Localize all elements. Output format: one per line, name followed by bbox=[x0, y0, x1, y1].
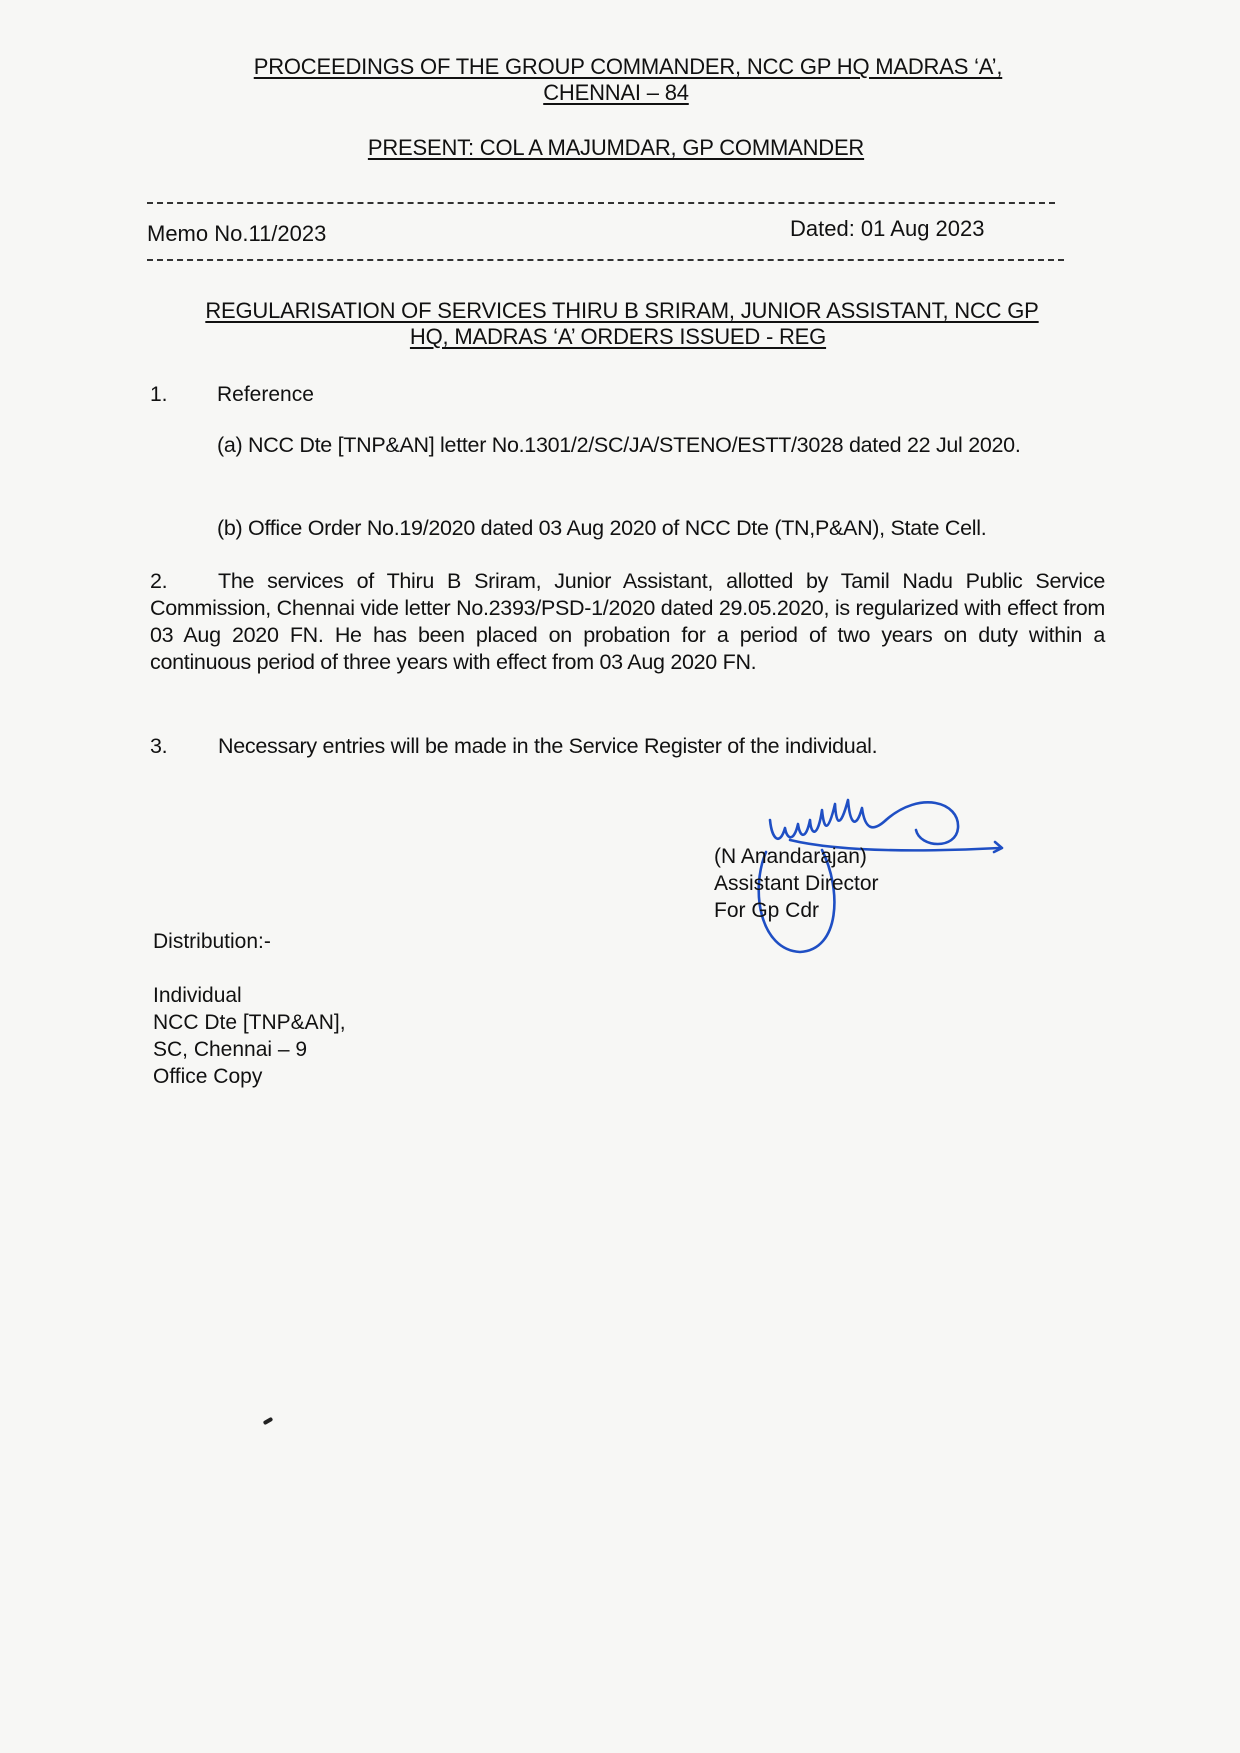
para3: 3.Necessary entries will be made in the … bbox=[150, 733, 1105, 760]
distribution-item: NCC Dte [TNP&AN], bbox=[153, 1009, 346, 1036]
distribution-item: SC, Chennai – 9 bbox=[153, 1036, 346, 1063]
header-title-line1: PROCEEDINGS OF THE GROUP COMMANDER, NCC … bbox=[8, 54, 1240, 80]
header-present: PRESENT: COL A MAJUMDAR, GP COMMANDER bbox=[0, 135, 1236, 161]
para3-text: Necessary entries will be made in the Se… bbox=[218, 734, 877, 758]
memo-number: Memo No.11/2023 bbox=[147, 221, 326, 247]
signatory-for: For Gp Cdr bbox=[714, 897, 879, 924]
para1-number: 1. bbox=[150, 383, 168, 407]
para2-number: 2. bbox=[150, 568, 218, 595]
reference-a: (a) NCC Dte [TNP&AN] letter No.1301/2/SC… bbox=[217, 432, 1062, 459]
para2-text: The services of Thiru B Sriram, Junior A… bbox=[150, 569, 1105, 674]
para3-number: 3. bbox=[150, 733, 218, 760]
distribution-item: Office Copy bbox=[153, 1063, 346, 1090]
distribution-item: Individual bbox=[153, 982, 346, 1009]
header-title-line2: CHENNAI – 84 bbox=[0, 80, 1236, 106]
memo-date: Dated: 01 Aug 2023 bbox=[790, 216, 985, 242]
signatory-name: (N Anandarajan) bbox=[714, 843, 879, 870]
distribution-heading: Distribution:- bbox=[153, 928, 271, 955]
signature-block: (N Anandarajan) Assistant Director For G… bbox=[714, 843, 879, 924]
reference-b: (b) Office Order No.19/2020 dated 03 Aug… bbox=[217, 515, 1117, 542]
stray-ink-mark bbox=[263, 1417, 274, 1425]
distribution-list: Individual NCC Dte [TNP&AN], SC, Chennai… bbox=[153, 982, 346, 1090]
divider-top bbox=[147, 202, 1055, 204]
memo-page: PROCEEDINGS OF THE GROUP COMMANDER, NCC … bbox=[0, 0, 1240, 1753]
divider-bottom bbox=[147, 259, 1064, 261]
para2: 2.The services of Thiru B Sriram, Junior… bbox=[150, 568, 1105, 676]
subject-line1: REGULARISATION OF SERVICES THIRU B SRIRA… bbox=[2, 298, 1240, 324]
signatory-designation: Assistant Director bbox=[714, 870, 879, 897]
subject-line2: HQ, MADRAS ‘A’ ORDERS ISSUED - REG bbox=[0, 324, 1238, 350]
para1-heading: Reference bbox=[217, 383, 314, 407]
